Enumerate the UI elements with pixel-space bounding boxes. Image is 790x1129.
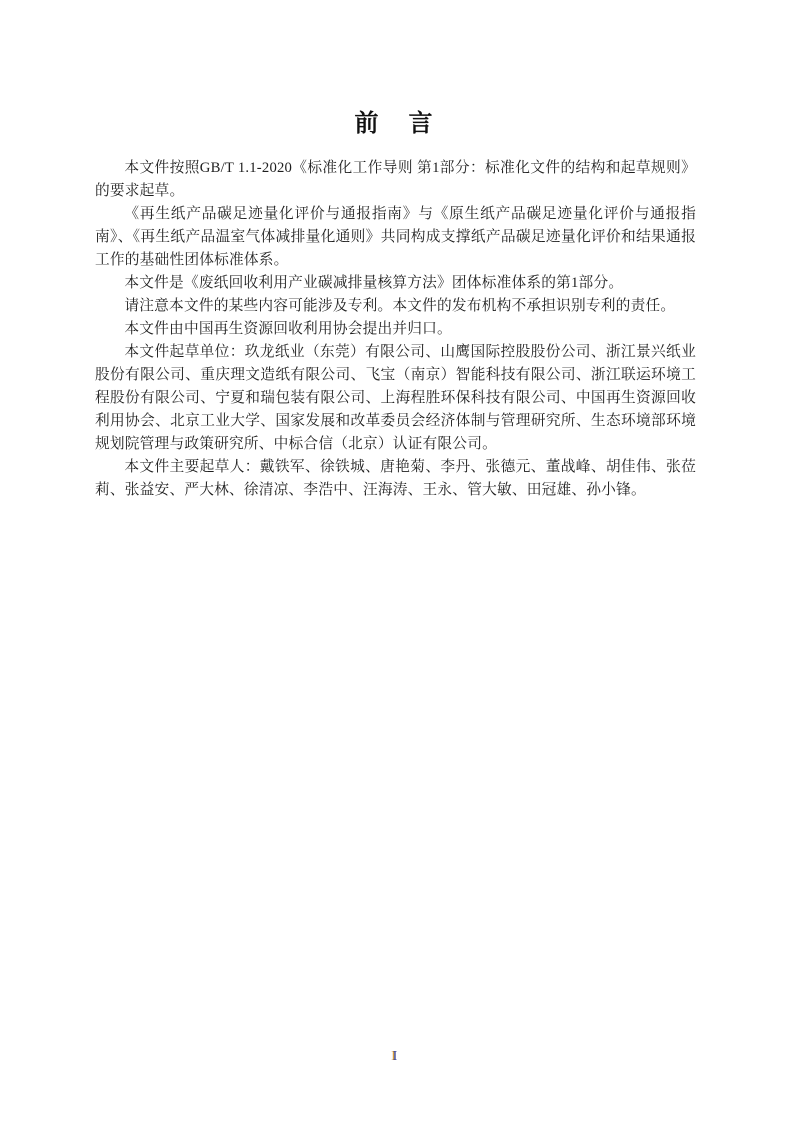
- document-body: 本文件按照GB/T 1.1-2020《标准化工作导则 第1部分：标准化文件的结构…: [95, 157, 696, 502]
- page-number: I: [393, 1048, 398, 1066]
- paragraph-standard-system: 《再生纸产品碳足迹量化评价与通报指南》与《原生纸产品碳足迹量化评价与通报指南》、…: [95, 203, 696, 272]
- page-title: 前 言: [0, 103, 790, 138]
- paragraph-main-drafters: 本文件主要起草人：戴铁军、徐铁城、唐艳菊、李丹、张德元、董战峰、胡佳伟、张莅莉、…: [95, 456, 696, 502]
- paragraph-part-number: 本文件是《废纸回收利用产业碳减排量核算方法》团体标准体系的第1部分。: [95, 272, 696, 295]
- paragraph-patent-notice: 请注意本文件的某些内容可能涉及专利。本文件的发布机构不承担识别专利的责任。: [95, 295, 696, 318]
- paragraph-drafting-organizations: 本文件起草单位：玖龙纸业（东莞）有限公司、山鹰国际控股股份公司、浙江景兴纸业股份…: [95, 341, 696, 456]
- page-footer: I: [0, 1047, 790, 1066]
- paragraph-drafting-basis: 本文件按照GB/T 1.1-2020《标准化工作导则 第1部分：标准化文件的结构…: [95, 157, 696, 203]
- paragraph-proposing-body: 本文件由中国再生资源回收利用协会提出并归口。: [95, 318, 696, 341]
- document-page: 前 言 本文件按照GB/T 1.1-2020《标准化工作导则 第1部分：标准化文…: [0, 0, 790, 1129]
